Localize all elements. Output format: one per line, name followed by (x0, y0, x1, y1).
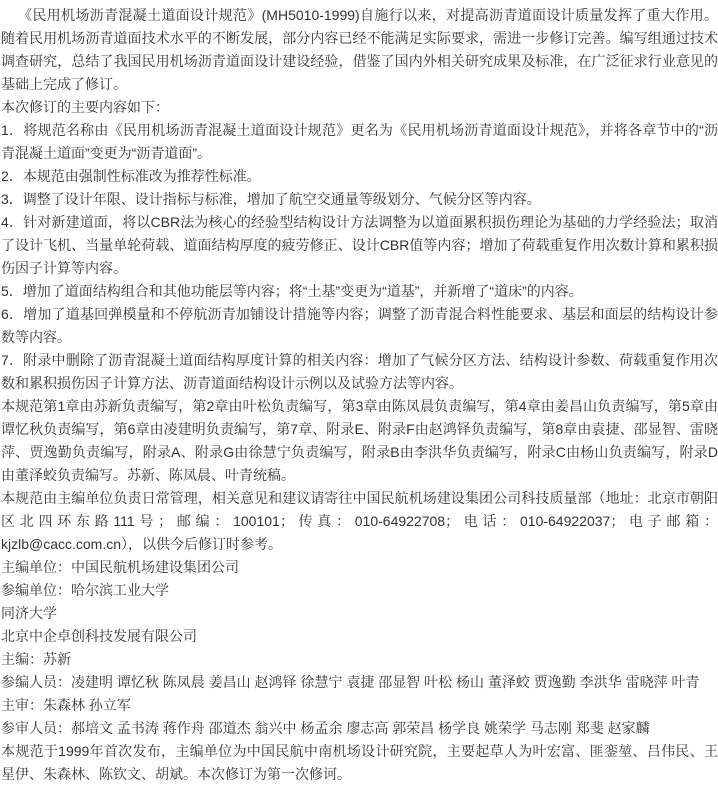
participating-unit-line-3: 北京中企卓创科技发展有限公司 (1, 625, 718, 648)
revision-item-2: 2．本规范由强制性标准改为推荐性标准。 (1, 165, 718, 188)
revision-item-1: 1．将规范名称由《民用机场沥青混凝土道面设计规范》更名为《民用机场沥青道面设计规… (1, 119, 718, 165)
history-paragraph: 本规范于1999年首次发布，主编单位为中国民航中南机场设计研究院，主要起草人为叶… (1, 740, 718, 786)
revision-item-3: 3．调整了设计年限、设计指标与标准，增加了航空交通量等级划分、气候分区等内容。 (1, 188, 718, 211)
review-members-line: 参审人员：郝培文 孟书涛 蒋作舟 邵道杰 翁兴中 杨孟余 廖志高 郭荣昌 杨学良… (1, 717, 718, 740)
participating-unit-line-1: 参编单位：哈尔滨工业大学 (1, 579, 718, 602)
revision-item-4: 4．针对新建道面，将以CBR法为核心的经验型结构设计方法调整为以道面累积损伤理论… (1, 211, 718, 280)
chief-editor-unit-line: 主编单位：中国民航机场建设集团公司 (1, 556, 718, 579)
revision-item-5: 5．增加了道面结构组合和其他功能层等内容；将“土基”变更为“道基”，并新增了“道… (1, 280, 718, 303)
intro-paragraph: 《民用机场沥青混凝土道面设计规范》(MH5010-1999)自施行以来，对提高沥… (1, 4, 718, 96)
document-body: 《民用机场沥青混凝土道面设计规范》(MH5010-1999)自施行以来，对提高沥… (0, 0, 718, 786)
revision-item-7: 7．附录中删除了沥青混凝土道面结构厚度计算的相关内容：增加了气候分区方法、结构设… (1, 349, 718, 395)
chief-reviewers-line: 主审：朱森林 孙立军 (1, 694, 718, 717)
participating-unit-line-2: 同济大学 (1, 602, 718, 625)
chapter-authors-paragraph: 本规范第1章由苏新负责编写，第2章由叶松负责编写，第3章由陈凤晨负责编写，第4章… (1, 395, 718, 487)
participating-members-line: 参编人员：凌建明 谭忆秋 陈凤晨 姜昌山 赵鸿铎 徐慧宁 袁捷 邵显智 叶松 杨… (1, 671, 718, 694)
contact-paragraph: 本规范由主编单位负责日常管理，相关意见和建议请寄往中国民航机场建设集团公司科技质… (1, 487, 718, 556)
revision-summary-heading: 本次修订的主要内容如下： (1, 96, 718, 119)
chief-editor-line: 主编：苏新 (1, 648, 718, 671)
revision-item-6: 6．增加了道基回弹模量和不停航沥青加铺设计措施等内容；调整了沥青混合料性能要求、… (1, 303, 718, 349)
